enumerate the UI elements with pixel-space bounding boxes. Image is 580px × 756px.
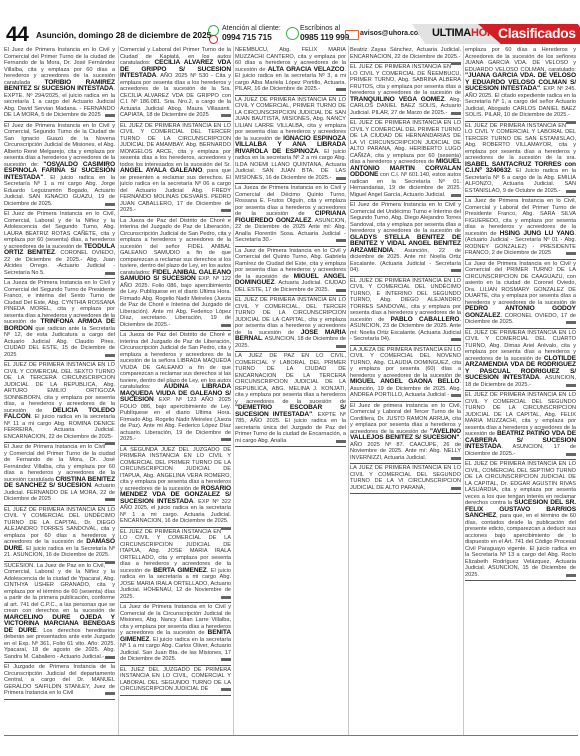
- notice-code-mark: [221, 114, 231, 117]
- notice-code-mark: [566, 321, 576, 324]
- notice-code-mark: [566, 453, 576, 456]
- notice-text: LA JUEZ DE PRIMERA INSTANCIA EN LO CIVIL…: [350, 465, 461, 491]
- notice-code-mark: [566, 574, 576, 577]
- legal-notice: El Juez de primera instancia en lo Civil…: [350, 402, 461, 465]
- legal-notice: NEEMBUCU, Abg. FELIX MARIA MUZZACHI CANT…: [235, 46, 346, 96]
- legal-notice: LA JUEZA DE PRIMERA INSTANCIA EN LO CIVI…: [350, 346, 461, 402]
- notice-text: La Juez de Primera Instancia en lo Civil…: [465, 261, 576, 306]
- notice-code-mark: [451, 457, 461, 460]
- notice-details: . AÑO 2025 Nº 530 - Cita y emplaza por s…: [120, 73, 231, 118]
- notice-code-mark: [336, 177, 346, 180]
- page-header: 44 Asunción, domingo 28 de diciembre de …: [0, 27, 580, 45]
- legal-notice: El Juez de Primera Instancia en lo Civil…: [4, 443, 115, 506]
- legal-notice: EL JUEZ DE PRIMERA INSTANCIA EN LO CIVIL…: [465, 329, 576, 392]
- notice-estate-name: ANGEL AYALA GALEANO: [120, 167, 202, 174]
- notice-code-mark: [105, 354, 115, 357]
- column-5: emplaza por 60 días a Herederos y Acreed…: [465, 46, 576, 736]
- notice-details: , para que, en el término de 60 días, co…: [465, 513, 576, 578]
- legal-notice: La Juez de Primera Instancia en lo Civil…: [465, 260, 576, 329]
- notice-estate-name: ALTA GRACIA VELAZCO: [268, 66, 345, 73]
- notice-text: LA JUEZA DE PRIMERA INSTANCIA EN LO CIVI…: [350, 347, 461, 379]
- phone-icon: [209, 35, 218, 44]
- column-divider: [463, 46, 464, 736]
- legal-notice: El Juez de Primera Instancia en lo Civil…: [4, 46, 115, 122]
- legal-notice: La Juez de Primera Instancia en lo Civil…: [235, 247, 346, 297]
- notice-text: La Jueza de Paz del Distrito de Choré e …: [120, 218, 231, 276]
- legal-notice: Beatriz Zayas Sánchez, Actuaria Judicial…: [350, 46, 461, 63]
- notice-code-mark: [336, 239, 346, 242]
- notice-details: EXP. Nº 122 AÑO 2025. Folio 086, bajo ap…: [120, 276, 231, 328]
- notice-text: La Jueza de Paz del Distrito de Choré e …: [120, 332, 231, 390]
- legal-notice: SUCESION. La Juez de Paz en lo Civil, Co…: [4, 562, 115, 664]
- notice-code-mark: [451, 269, 461, 272]
- legal-notice: emplaza por 60 días a Herederos y Acreed…: [465, 46, 576, 122]
- notice-text: EL JUEZ DE PRIMERA INSTANCIA EN LO CIVIL…: [350, 64, 461, 96]
- column-divider: [118, 46, 119, 736]
- whatsapp-icon: [286, 27, 299, 40]
- notice-code-mark: [105, 114, 115, 117]
- notice-text: El Juzgado de Primera Instancia de la Ci…: [4, 664, 115, 696]
- notice-code-mark: [221, 596, 231, 599]
- notice-code-mark: [336, 88, 346, 91]
- legal-notice: EL JUEZ DE PRIMERA INSTANCIA EN LO CIVIL…: [350, 63, 461, 119]
- notice-code-mark: [221, 324, 231, 327]
- legal-notice: El Juez de Primera Instancia en lo Civil…: [350, 201, 461, 277]
- column-4: Beatriz Zayas Sánchez, Actuaria Judicial…: [350, 46, 461, 736]
- legal-notice: La Jueza de Primera Instancia en lo Civi…: [235, 184, 346, 247]
- legal-notice: La Jueza de Paz del Distrito de Choré e …: [120, 217, 231, 332]
- legal-notice: Comercial y Laboral del Primer Turno de …: [120, 46, 231, 122]
- notice-code-mark: [336, 440, 346, 443]
- section-title: Clasificados: [498, 25, 576, 41]
- legal-notice: EL JUEZ DE PRIMERA INSTANCIA EN LO CIVIL…: [465, 460, 576, 581]
- legal-notice: LA SEGUNDA JUEZ DEL JUZGADO DE PRIMERA I…: [120, 446, 231, 528]
- notice-estate-name: HSING JUNG LU YANG: [500, 230, 575, 237]
- legal-notice: El Juzgado de Primera Instancia de la Ci…: [4, 663, 115, 700]
- legal-notice: EL JUEZ DE PRIMERA INSTANCIA EN LO CIVIL…: [235, 296, 346, 352]
- contact-phone-number[interactable]: 0994 715 715: [222, 33, 281, 41]
- column-1: El Juez de Primera Instancia en lo Civil…: [4, 46, 115, 736]
- notice-code-mark: [451, 194, 461, 197]
- classifieds-columns: El Juez de Primera Instancia en lo Civil…: [4, 46, 578, 736]
- newspaper-logo: ULTIMAHORA: [432, 27, 502, 39]
- contact-whatsapp-number[interactable]: 0985 119 999: [300, 33, 349, 41]
- legal-notice: LA JUEZ DE PRIMERA INSTANCIA EN LO CIVIL…: [235, 96, 346, 185]
- legal-notice: EL JUEZ DE PRIMERA INSTANCIA EN LO CIVIL…: [350, 277, 461, 346]
- notice-code-mark: [451, 112, 461, 115]
- customer-service-contact: Atención al cliente: 0994 715 715: [222, 25, 281, 41]
- mail-icon: [345, 30, 359, 40]
- section-banner: ULTIMAHORA Clasificados: [412, 24, 580, 44]
- notice-code-mark: [105, 656, 115, 659]
- notice-code-mark: [451, 487, 461, 490]
- notice-text: SUCESION. La Juez de Paz en lo Civil, Co…: [4, 563, 115, 615]
- notice-details: EXP. Nº 123 AÑO 2025 FOLIO 086, bajo ape…: [120, 397, 231, 442]
- notice-code-mark: [105, 692, 115, 695]
- notice-text: EL JUEZ DE PRIMERA INSTANCIA EN LO CIVIL…: [465, 123, 576, 162]
- legal-notice: El Juez de Primera Instancia en lo Civil…: [4, 210, 115, 279]
- notice-text: LA JUEZ DE PAZ EN LO CIVIL, COMERCIAL Y …: [235, 353, 346, 405]
- notice-text: EL JUEZ DE PRIMERA INSTANCIA EN LO CIVIL…: [120, 123, 231, 168]
- legal-notice: EL JUEZ DE PRIMERA INSTANCIA EN LO CIVIL…: [120, 528, 231, 604]
- page-number: 44: [6, 23, 28, 47]
- notice-text: El Juez de Primera Instancia en lo Civil…: [350, 202, 461, 234]
- notice-text: Beatriz Zayas Sánchez, Actuaria Judicial…: [350, 47, 461, 60]
- column-divider: [348, 46, 349, 736]
- legal-notice: EL JUEZ DE PRIMERA INSTANCIA EN LO CIVIL…: [120, 122, 231, 217]
- legal-notice: La Jueza de Paz del Distrito de Choré e …: [120, 331, 231, 446]
- page-bottom-rule: [4, 735, 578, 736]
- notice-code-mark: [566, 190, 576, 193]
- notice-text: emplaza por 60 días a Herederos y Acreed…: [465, 47, 576, 73]
- notice-code-mark: [105, 272, 115, 275]
- notice-code-mark: [566, 252, 576, 255]
- notice-details: , para que se presenten a reclamar sus d…: [120, 168, 231, 213]
- legal-notice: La Juez de Primera Instancia en lo Civil…: [120, 603, 231, 666]
- legal-notice: LA JUEZ DE PRIMERA INSTANCIA EN LO CIVIL…: [350, 464, 461, 494]
- notice-code-mark: [221, 209, 231, 212]
- column-3: NEEMBUCU, Abg. FELIX MARIA MUZZACHI CANT…: [235, 46, 346, 736]
- notice-code-mark: [105, 498, 115, 501]
- legal-notice: EL JUEZ DEL JUZGADO DE PRIMERA INSTANCIA…: [120, 666, 231, 696]
- whatsapp-contact: Escríbinos al 0985 119 999: [300, 25, 349, 41]
- notice-code-mark: [221, 438, 231, 441]
- notice-estate-name: PABLO CABALLERO: [391, 316, 460, 323]
- notice-code-mark: [336, 345, 346, 348]
- legal-notice: La Jueza de Primera Instancia en lo Civi…: [4, 279, 115, 361]
- legal-notice: EL JUEZ DE PRIMERA INSTANCIA EN LO CIVIL…: [4, 506, 115, 562]
- legal-notice: EL JUEZ DE PRIMERA INSTANCIA EN LO CIVIL…: [350, 119, 461, 201]
- legal-notice: El Juez de Primera Instancia en lo Civil…: [4, 122, 115, 211]
- legal-notice: EL JUEZ DE PRIMERA INSTANCIA EN LO CIVIL…: [4, 361, 115, 443]
- column-divider: [233, 46, 234, 736]
- legal-notice: LA JUEZ DE PAZ EN LO CIVIL, COMERCIAL Y …: [235, 352, 346, 447]
- notice-estate-name: TRANQUILINO VEGA GOMEZ: [350, 96, 444, 103]
- notice-code-mark: [336, 289, 346, 292]
- legal-notice: EL JUEZ DE PRIMERA INSTANCIA EN LO CIVIL…: [465, 122, 576, 198]
- publication-date: Asunción, domingo 28 de diciembre de 202…: [36, 30, 211, 40]
- legal-notice: La Juez de Primera Instancia en lo Civil…: [465, 197, 576, 260]
- notice-code-mark: [451, 394, 461, 397]
- notice-code-mark: [451, 338, 461, 341]
- notice-code-mark: [221, 688, 231, 691]
- column-2: Comercial y Laboral del Primer Turno de …: [120, 46, 231, 736]
- notice-code-mark: [566, 384, 576, 387]
- notice-code-mark: [221, 658, 231, 661]
- notice-text: EL JUEZ DEL JUZGADO DE PRIMERA INSTANCIA…: [120, 667, 231, 693]
- legal-notice: EL JUEZ DE PRIMERA INSTANCIA EN LO CIVIL…: [465, 391, 576, 460]
- notice-estate-name: MIGUEL ANGEL GAONA BELLO: [350, 378, 459, 385]
- notice-estate-name: BERTA GIMENEZ: [153, 567, 206, 574]
- notice-code-mark: [105, 203, 115, 206]
